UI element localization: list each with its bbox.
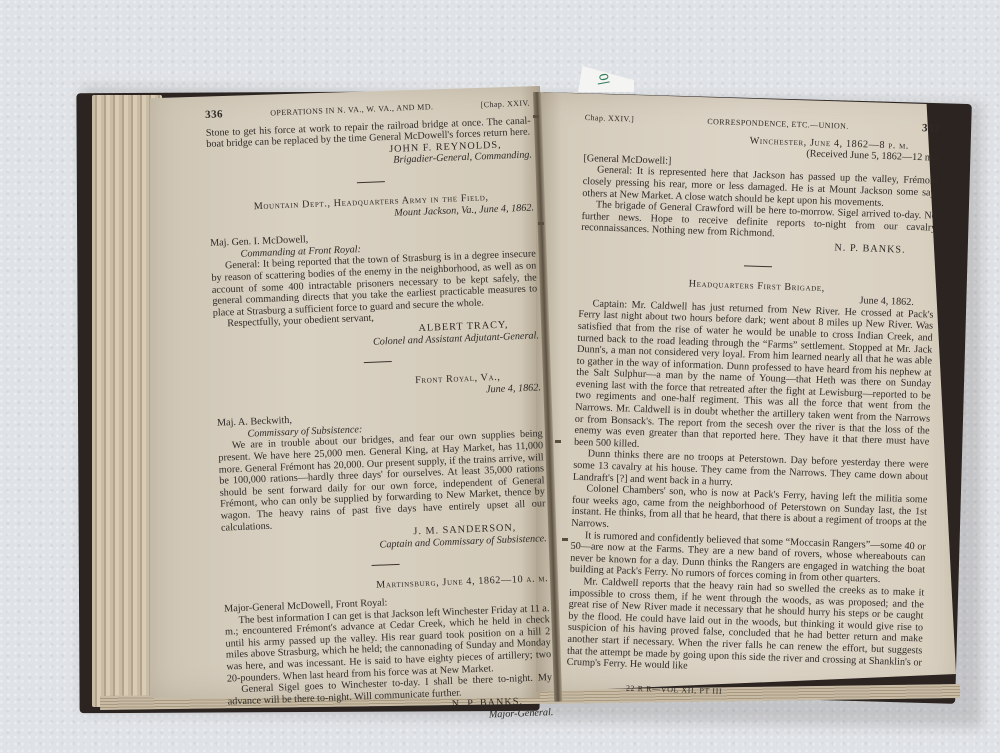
divider-rule	[363, 361, 391, 363]
left-page-text: 336 OPERATIONS IN N. VA., W. VA., AND MD…	[205, 98, 554, 732]
binding-stitch	[533, 115, 539, 118]
page-number: 337	[922, 123, 940, 135]
divider-rule	[743, 265, 771, 267]
binding-stitch	[562, 538, 568, 541]
letter-body: The best information I can get is that J…	[224, 603, 551, 685]
letter-body: We are in trouble about our bridges, and…	[218, 429, 546, 534]
chapter-marker: [Chap. XXIV.	[480, 98, 530, 111]
divider-rule	[356, 181, 384, 183]
letter-body: Captain: Mr. Caldwell has just returned …	[574, 298, 934, 460]
right-page-text: Chap. XXIV.] CORRESPONDENCE, ETC.—UNION.…	[566, 112, 940, 704]
page-number: 336	[205, 109, 223, 121]
chapter-marker: Chap. XXIV.]	[585, 112, 635, 125]
binding-stitch	[538, 222, 544, 225]
letter-body: Mr. Caldwell reports that the heavy rain…	[567, 576, 925, 680]
binding-stitch	[555, 440, 561, 443]
divider-rule	[371, 564, 399, 566]
bookmark-tab-label: 0|	[596, 72, 612, 86]
